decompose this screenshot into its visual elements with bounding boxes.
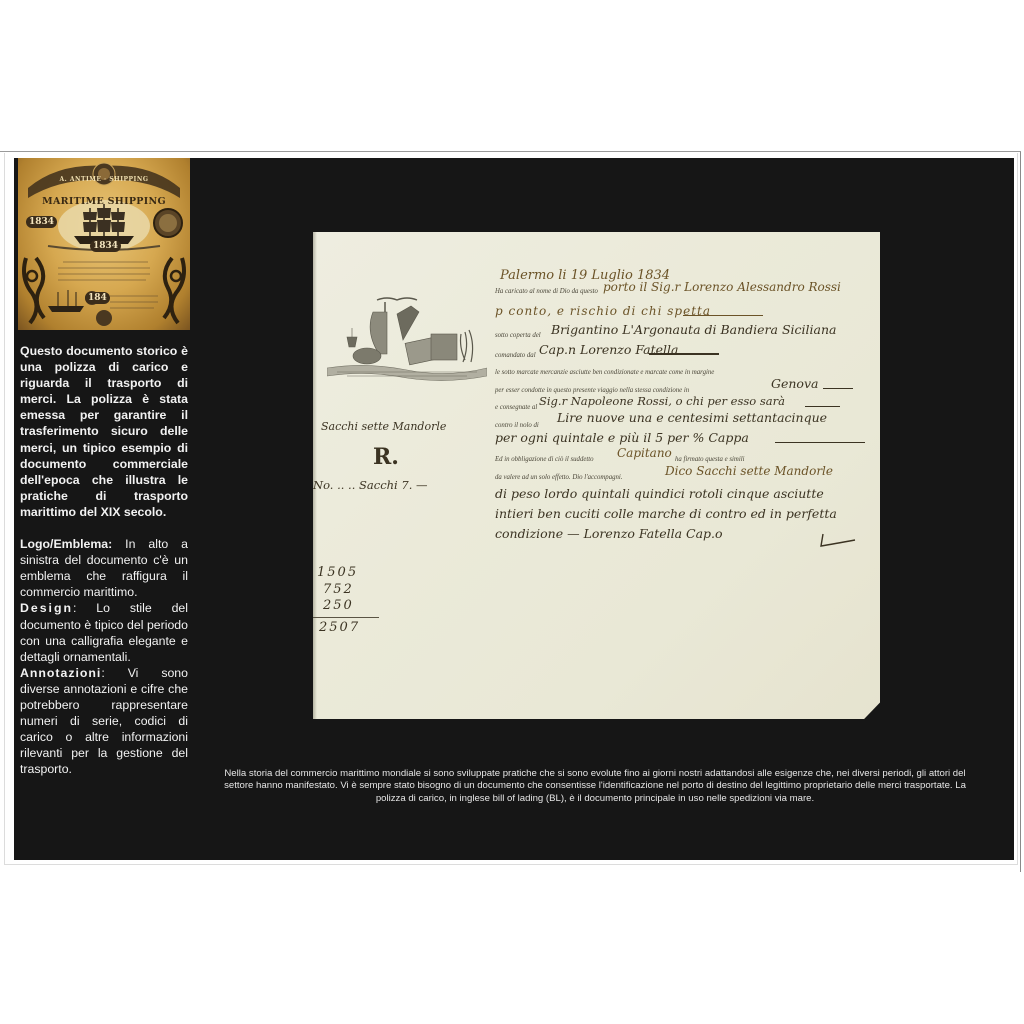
doc-line-11-hand: Dico Sacchi sette Mandorle [665, 464, 833, 478]
doc-line-1-printed: Ha caricato al nome di Dio da questo [495, 288, 598, 295]
doc-line-13-hand: intieri ben cuciti colle marche di contr… [495, 506, 837, 521]
doc-line-3-printed: sotto coperta del [495, 332, 541, 339]
doc-line-7-hand: Sig.r Napoleone Rossi, o chi per esso sa… [539, 394, 785, 408]
maritime-shipping-emblem: A. ANTIME · SHIPPING MARITIME SHIPPING 1… [18, 158, 190, 330]
section-logo-heading: Logo/Emblema: [20, 537, 112, 551]
figure-3: 250 [323, 598, 354, 613]
doc-line-3-hand: Brigantino L'Argonauta di Bandiera Sicil… [551, 322, 836, 337]
sum-rule [313, 617, 379, 618]
doc-line-8-printed: contro il nolo di [495, 422, 539, 429]
doc-line-9-rule [775, 442, 865, 443]
doc-line-6-printed: per esser condotte in questo presente vi… [495, 387, 689, 394]
cargo-mark: R. [373, 444, 399, 470]
signature-flourish-icon [813, 532, 863, 556]
page-frame-right-edge [1020, 152, 1021, 872]
doc-line-7-rule [805, 406, 840, 407]
doc-line-4-rule [649, 353, 719, 355]
margin-note: Sacchi sette Mandorle [321, 420, 446, 433]
doc-line-12-hand: di peso lordo quintali quindici rotoli c… [495, 486, 824, 501]
doc-line-6-rule [823, 388, 853, 389]
emblem-year-center: 1834 [90, 240, 121, 252]
section-design: Design: Lo stile del documento è tipico … [20, 600, 188, 664]
page-frame-top-line [0, 151, 1021, 152]
doc-line-6-hand: Genova [771, 376, 818, 391]
doc-line-2-hand: p conto, e rischio di chi spetta [495, 304, 711, 318]
doc-line-10-printed-after: ha firmato questa e simili [675, 456, 744, 463]
paper-shadow [313, 232, 317, 719]
emblem-banner: A. ANTIME · SHIPPING [18, 176, 190, 183]
caption-text: Nella storia del commercio marittimo mon… [220, 768, 970, 805]
doc-line-10-hand: Capitano [617, 446, 672, 460]
section-design-heading: Design [20, 601, 73, 615]
description-intro: Questo documento storico è una polizza d… [20, 343, 188, 520]
doc-line-7-printed: e consegnate al [495, 404, 537, 411]
doc-line-5-printed: le sotto marcate mercanzie asciutte ben … [495, 369, 714, 376]
section-annotations-heading: Annotazioni [20, 666, 101, 680]
bill-of-lading-document: Palermo li 19 Luglio 1834 Ha caricato al… [313, 232, 880, 719]
doc-line-4-printed: comandato dal [495, 352, 536, 359]
emblem-year-left: 1834 [26, 216, 57, 228]
figure-2: 752 [323, 582, 354, 597]
doc-line-10-printed: Ed in obbligazione di ciò il suddetto [495, 456, 594, 463]
doc-line-1-hand: porto il Sig.r Lorenzo Alessandro Rossi [603, 280, 841, 294]
section-logo: Logo/Emblema: In alto a sinistra del doc… [20, 536, 188, 600]
figure-total: 2507 [319, 620, 360, 635]
section-annotations-text: : Vi sono diverse annotazioni e cifre ch… [20, 666, 188, 777]
cargo-vignette-icon [327, 292, 487, 392]
doc-line-14-hand: condizione — Lorenzo Fatella Cap.o [495, 526, 723, 541]
doc-line-11-printed: da valere ad un solo effetto. Dio l'acco… [495, 474, 623, 481]
section-annotations: Annotazioni: Vi sono diverse annotazioni… [20, 665, 188, 778]
emblem-year-small: 184 [85, 292, 110, 304]
doc-line-8-hand: Lire nuove una e centesimi settantacinqu… [557, 410, 827, 425]
number-line: No. .. .. Sacchi 7. — [313, 478, 428, 492]
doc-line-9-hand: per ogni quintale e più il 5 per % Cappa [495, 430, 749, 445]
description-column: Questo documento storico è una polizza d… [20, 343, 188, 777]
doc-line-2-rule [683, 315, 763, 316]
emblem-title: MARITIME SHIPPING [18, 196, 190, 207]
figure-1: 1505 [317, 565, 358, 580]
